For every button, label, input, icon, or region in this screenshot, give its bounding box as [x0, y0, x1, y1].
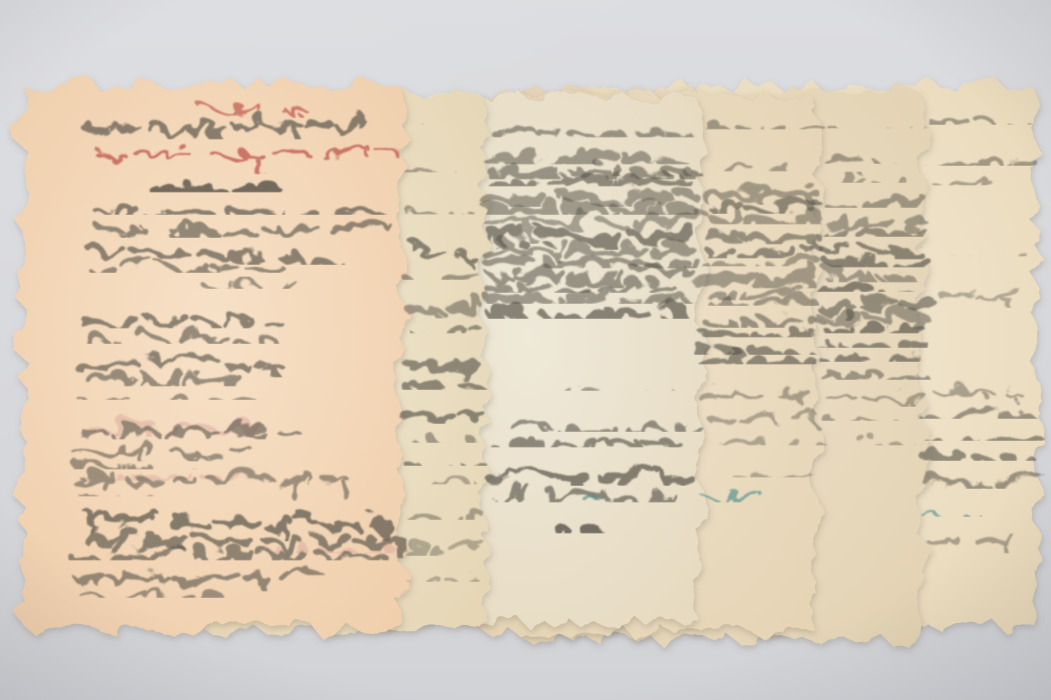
smudged-text-line — [817, 322, 914, 330]
smudged-text-line — [816, 281, 906, 288]
documents-photo-canvas — [0, 0, 1051, 700]
photo-of-overlapping-documents — [0, 0, 1051, 700]
